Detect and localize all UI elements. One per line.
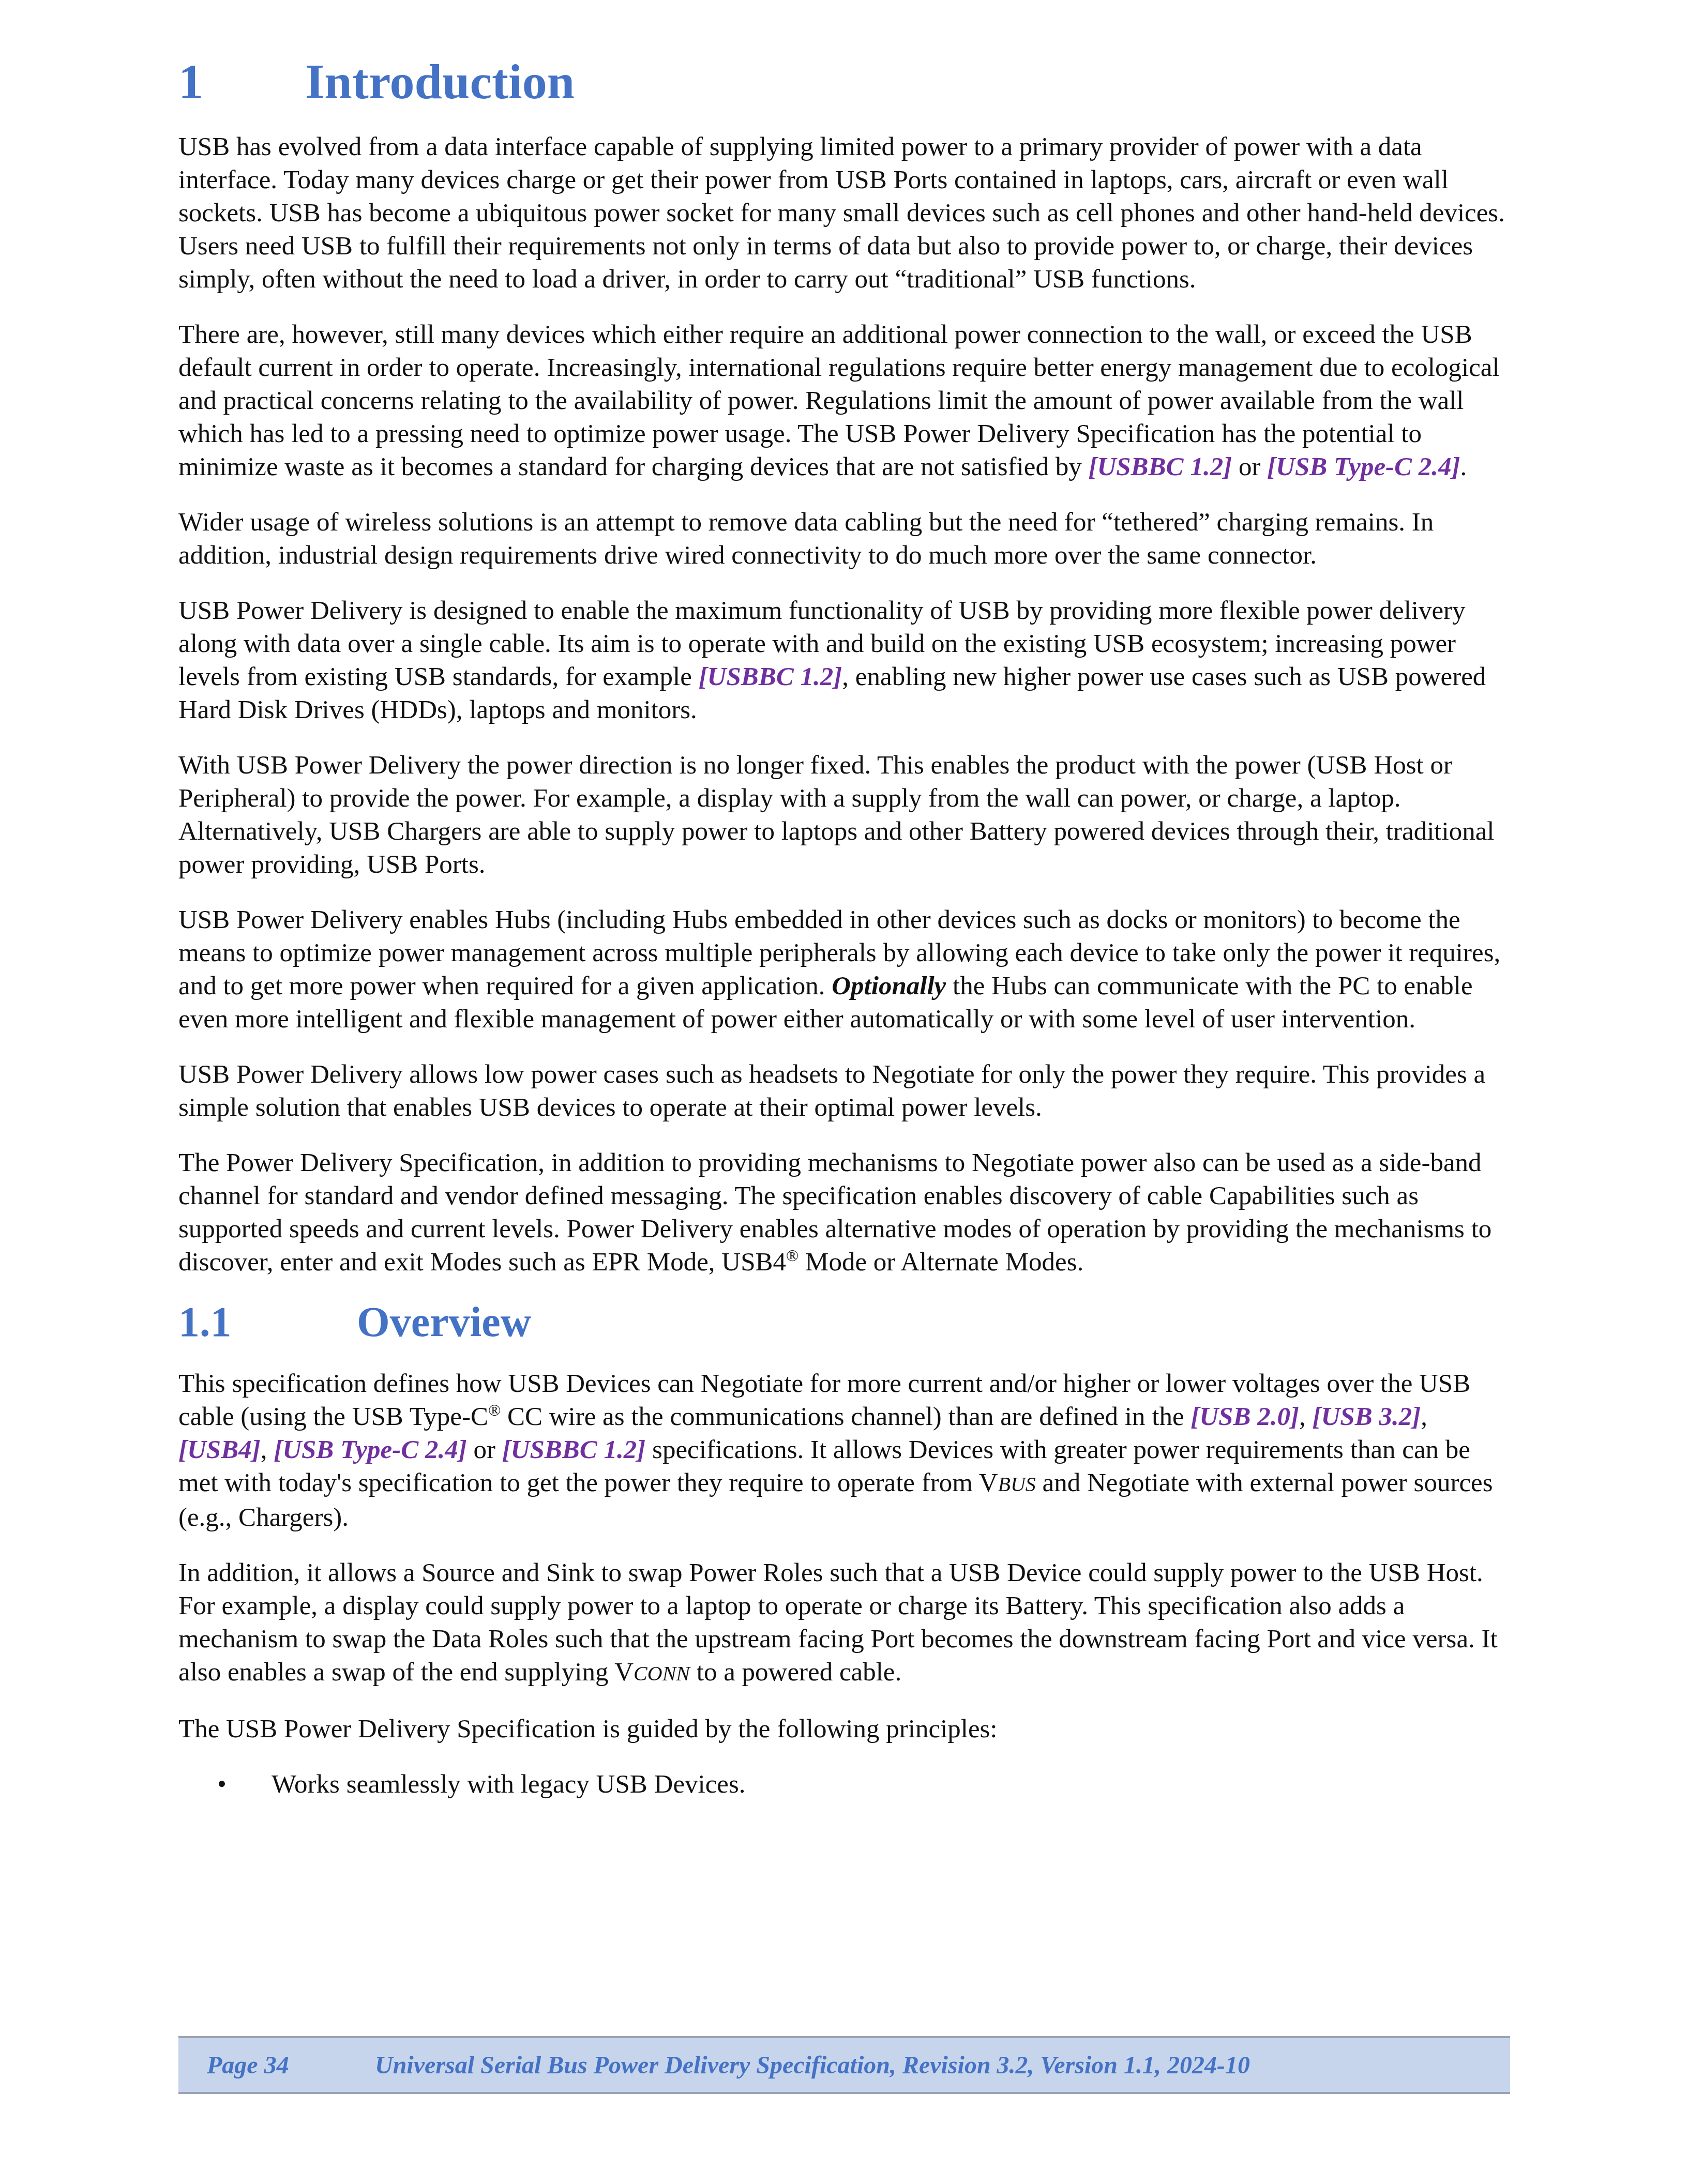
section-number: 1.1 (178, 1301, 357, 1343)
paragraph: This specification defines how USB Devic… (178, 1367, 1510, 1534)
paragraph: There are, however, still many devices w… (178, 318, 1510, 483)
text: Mode or Alternate Modes. (798, 1248, 1083, 1277)
text: or (467, 1435, 502, 1464)
document-page: 1 Introduction USB has evolved from a da… (178, 57, 1510, 1801)
text: to a powered cable. (690, 1658, 901, 1687)
paragraph: USB has evolved from a data interface ca… (178, 130, 1510, 296)
page-number: Page 34 (178, 2051, 375, 2080)
paragraph: The USB Power Delivery Specification is … (178, 1712, 1510, 1746)
text: , (1421, 1402, 1427, 1431)
paragraph: In addition, it allows a Source and Sink… (178, 1556, 1510, 1690)
paragraph: USB Power Delivery enables Hubs (includi… (178, 903, 1510, 1036)
text: or (1232, 452, 1267, 481)
section-heading-overview: 1.1 Overview (178, 1301, 1510, 1343)
document-title: Universal Serial Bus Power Delivery Spec… (375, 2051, 1250, 2080)
reference-link-usbbc[interactable]: [USBBC 1.2] (699, 662, 842, 691)
text: , (261, 1435, 274, 1464)
vbus-subscript: BUS (998, 1473, 1036, 1496)
bullet-icon: • (178, 1768, 272, 1801)
reference-link-usbbc[interactable]: [USBBC 1.2] (502, 1435, 646, 1464)
section-title: Overview (357, 1301, 531, 1343)
paragraph: With USB Power Delivery the power direct… (178, 749, 1510, 881)
bullet-text: Works seamlessly with legacy USB Devices… (272, 1768, 746, 1801)
section-number: 1 (178, 57, 305, 107)
reference-link-usbbc[interactable]: [USBBC 1.2] (1088, 452, 1232, 481)
reference-link-usb-type-c[interactable]: [USB Type-C 2.4] (1267, 452, 1460, 481)
page-footer: Page 34 Universal Serial Bus Power Deliv… (178, 2036, 1510, 2094)
registered-mark: ® (786, 1246, 798, 1265)
section-heading-introduction: 1 Introduction (178, 57, 1510, 107)
section-title: Introduction (305, 57, 575, 107)
emphasis-optionally: Optionally (832, 972, 946, 1000)
bullet-list-item: • Works seamlessly with legacy USB Devic… (178, 1768, 1510, 1801)
reference-link-usb-type-c[interactable]: [USB Type-C 2.4] (274, 1435, 466, 1464)
text: . (1460, 452, 1467, 481)
reference-link-usb-2-0[interactable]: [USB 2.0] (1190, 1402, 1299, 1431)
text: , (1299, 1402, 1313, 1431)
paragraph: USB Power Delivery is designed to enable… (178, 594, 1510, 726)
paragraph: USB Power Delivery allows low power case… (178, 1058, 1510, 1124)
reference-link-usb4[interactable]: [USB4] (178, 1435, 261, 1464)
vconn-subscript: CONN (634, 1662, 690, 1685)
reference-link-usb-3-2[interactable]: [USB 3.2] (1312, 1402, 1421, 1431)
paragraph: The Power Delivery Specification, in add… (178, 1146, 1510, 1279)
text: CC wire as the communications channel) t… (501, 1402, 1190, 1431)
paragraph: Wider usage of wireless solutions is an … (178, 506, 1510, 572)
registered-mark: ® (488, 1401, 501, 1419)
